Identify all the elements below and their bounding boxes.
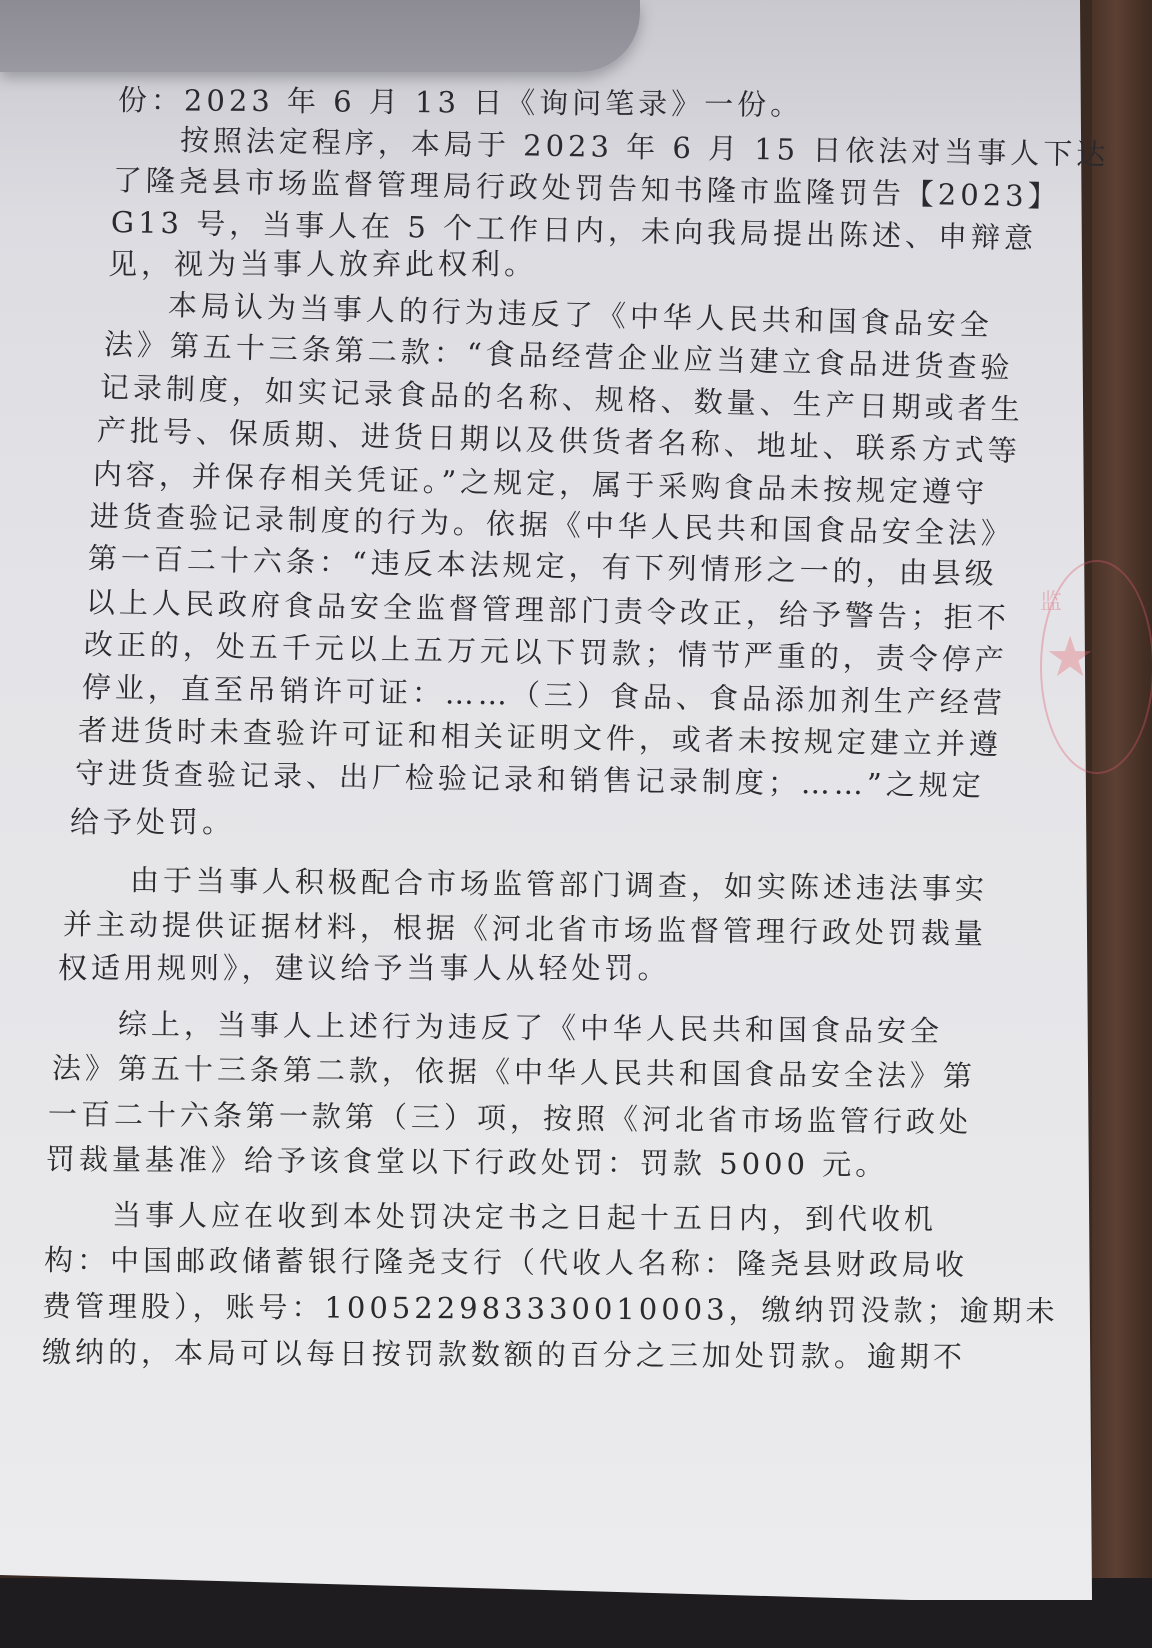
text-line: 费管理股），账号：100522983330010003，缴纳罚没款；逾期未 [42, 1284, 1059, 1330]
text-line: 权适用规则》，建议给予当事人从轻处罚。 [58, 946, 671, 987]
wooden-desk-edge [1092, 0, 1152, 1648]
text-line: 见，视为当事人放弃此权利。 [108, 242, 537, 283]
text-line: 罚裁量基准》给予该食堂以下行政处罚：罚款 5000 元。 [46, 1137, 889, 1184]
text-line: 份：2023 年 6 月 13 日《询问笔录》一份。 [118, 78, 804, 124]
text-line: 法》第五十三条第二款，依据《中华人民共和国食品安全法》第 [52, 1046, 976, 1095]
text-line: 缴纳的，本局可以每日按罚款数额的百分之三加处罚款。逾期不 [42, 1330, 966, 1376]
text-line: 综上，当事人上述行为违反了《中华人民共和国食品安全 [118, 1002, 943, 1050]
text-line: 当事人应在收到本处罚决定书之日起十五日内，到代收机 [112, 1193, 937, 1238]
text-line: 一百二十六条第一款第（三）项，按照《河北省市场监管行政处 [48, 1092, 972, 1141]
official-seal-text: 监 [1040, 585, 1062, 616]
official-seal-star-icon: ★ [1045, 625, 1095, 690]
folded-page-corner [0, 0, 640, 72]
text-line: 给予处罚。 [70, 800, 235, 841]
text-line: 构：中国邮政储蓄银行隆尧支行（代收人名称：隆尧县财政局收 [44, 1238, 968, 1284]
